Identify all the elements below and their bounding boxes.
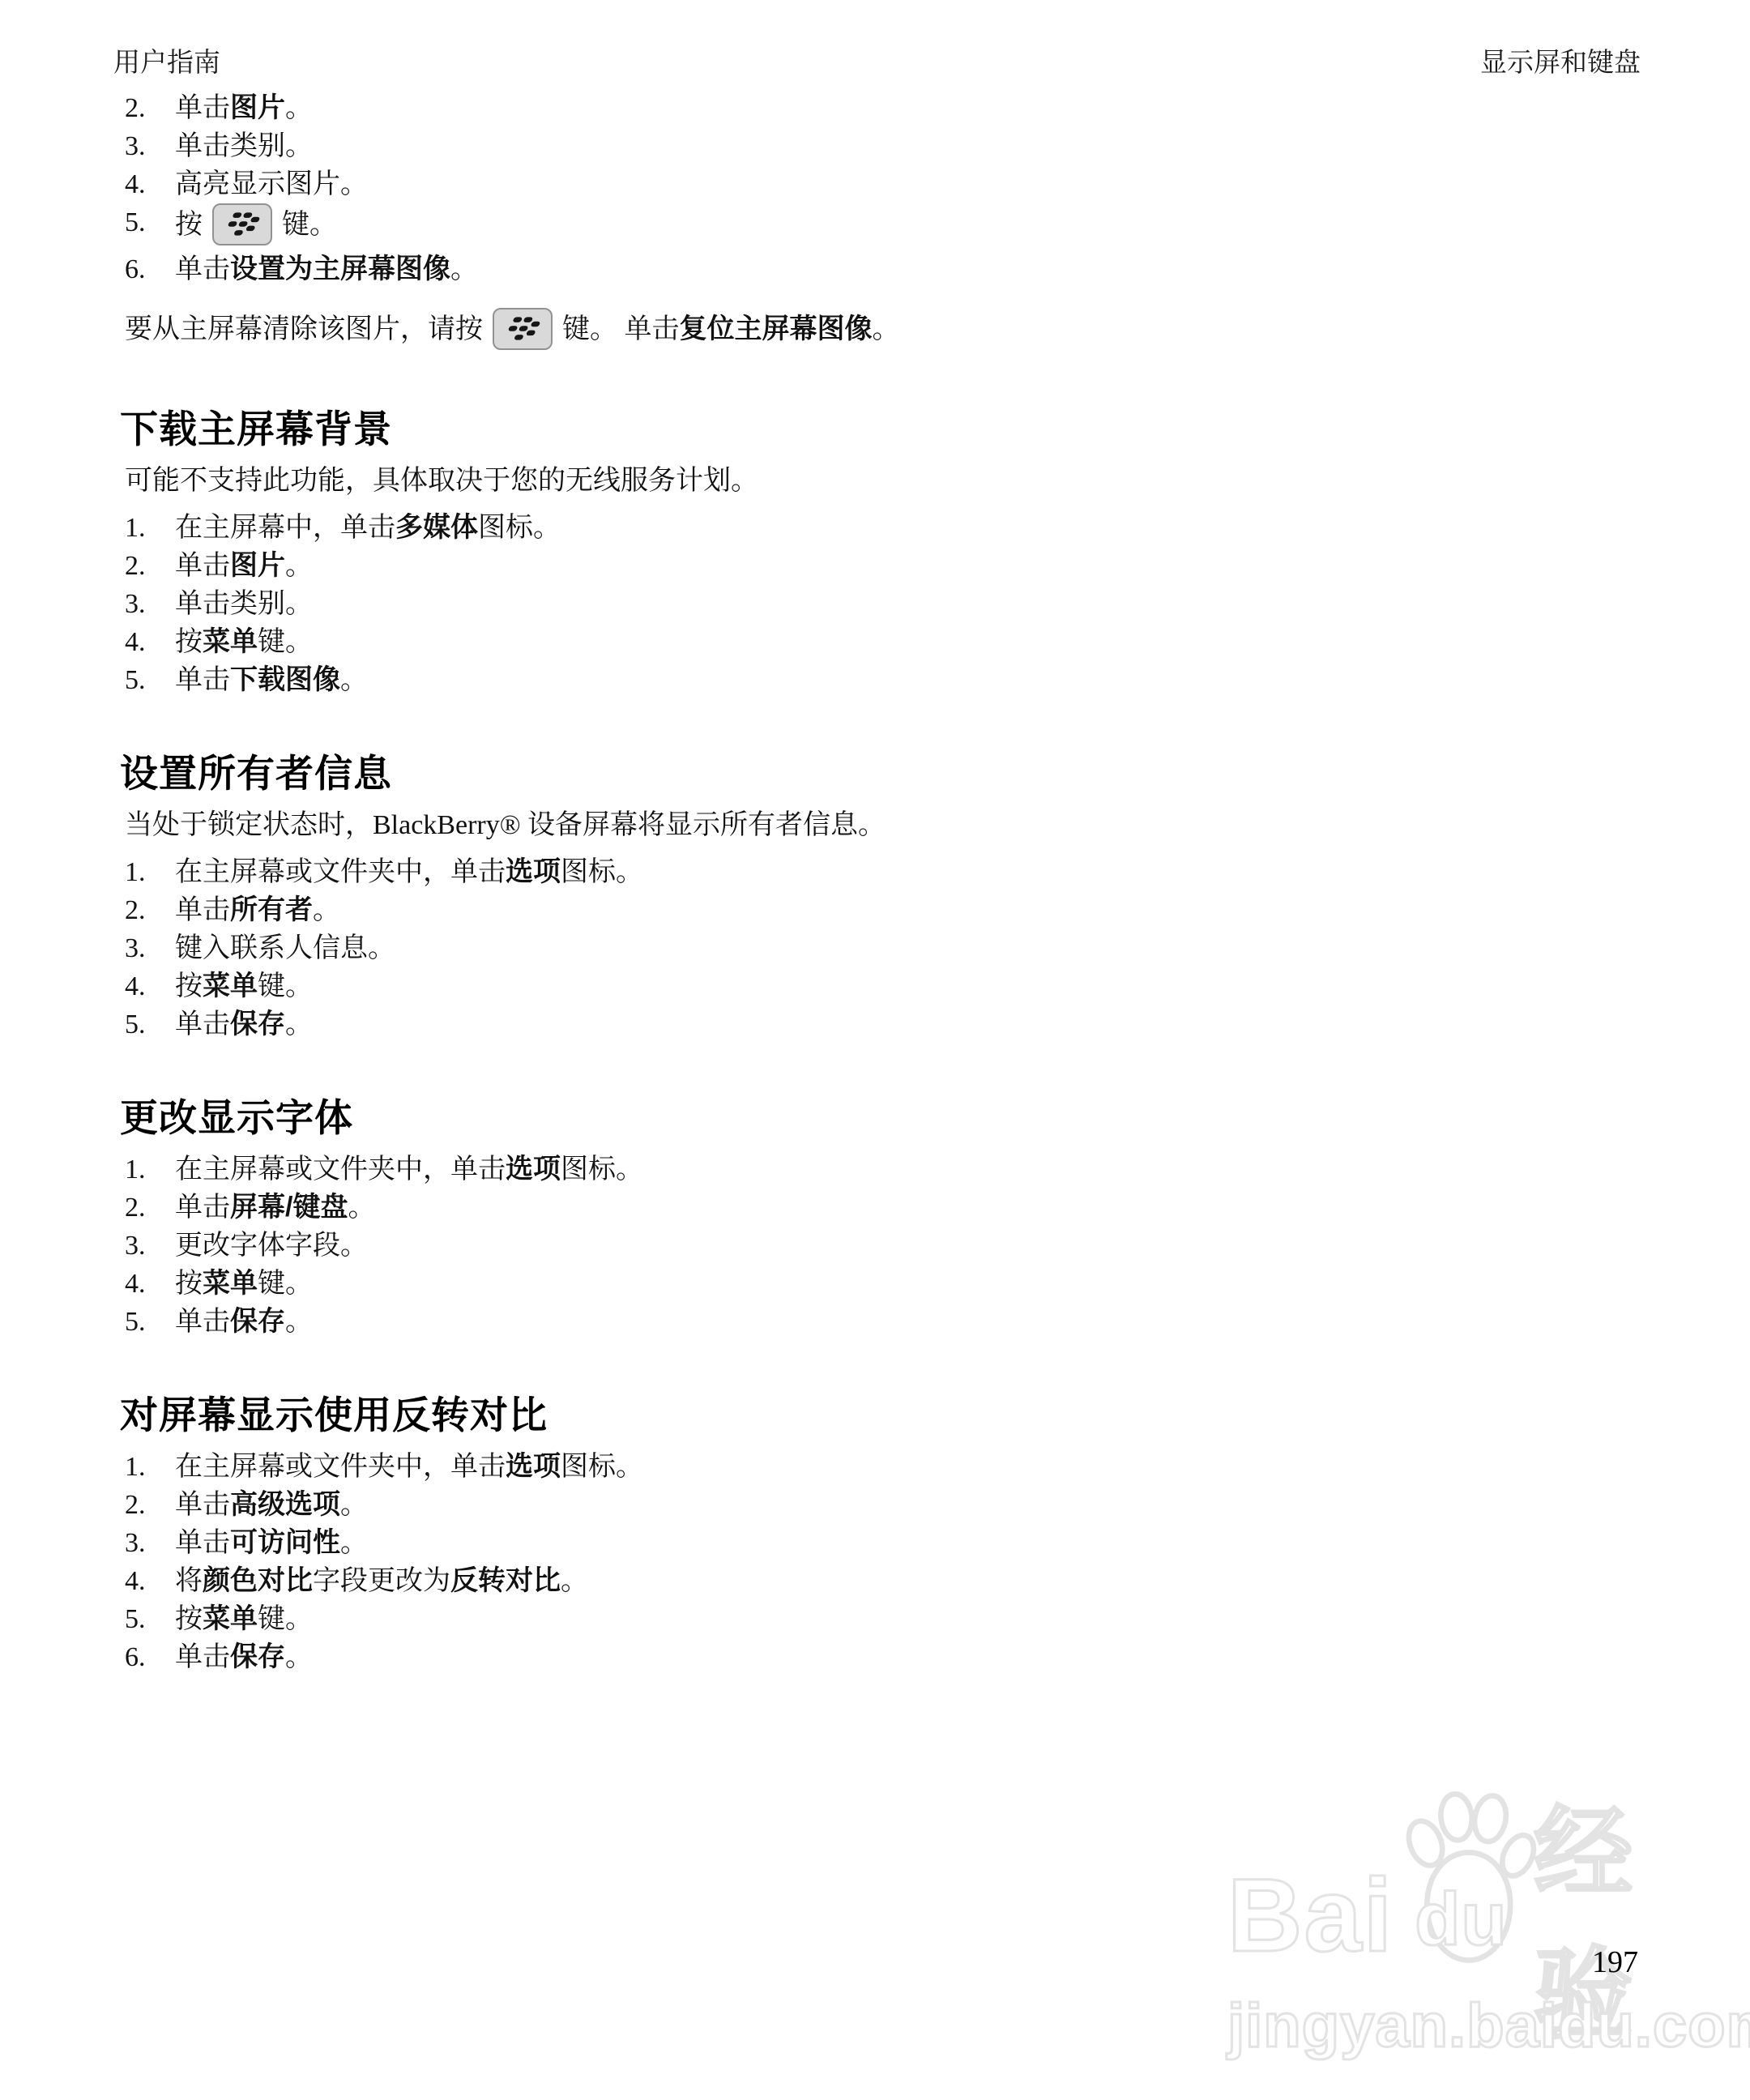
list-text: 单击图片。 [175,547,1641,585]
numbered-list: 1.在主屏幕或文件夹中，单击选项图标。2.单击所有者。3.键入联系人信息。4.按… [113,853,1641,1044]
bold-text: 下载图像 [230,664,340,695]
watermark-url: jingyan.baidu.com [1227,1991,1665,2061]
text-run: 在主屏幕中，单击 [175,513,395,543]
bold-text: 菜单 [203,1268,258,1299]
list-text: 单击图片。 [175,89,1641,127]
text-run: 单击 [175,1490,230,1520]
text-run: 键入联系人信息。 [175,933,395,963]
section-change-font: 更改显示字体 1.在主屏幕或文件夹中，单击选项图标。2.单击屏幕/键盘。3.更改… [113,1095,1641,1341]
section-title: 对屏幕显示使用反转对比 [120,1393,1641,1438]
text-run: 。 [873,314,900,344]
list-item: 6.单击设置为主屏幕图像。 [113,250,1641,288]
list-text: 按菜单键。 [175,967,1641,1005]
list-number: 6. [113,250,175,288]
page-header: 用户指南 显示屏和键盘 [0,0,1750,79]
list-text: 键入联系人信息。 [175,929,1641,967]
list-text: 单击保存。 [175,1303,1641,1341]
bold-text: 所有者 [230,894,313,925]
bold-text: 高级选项 [230,1489,340,1520]
bold-text: 选项 [506,1154,561,1184]
bold-text: 保存 [230,1009,285,1039]
text-run: 图标。 [561,1155,643,1184]
text-run: 要从主屏幕清除该图片，请按 [125,314,483,344]
list-item: 2.单击所有者。 [113,891,1641,929]
blackberry-key-icon [493,308,553,350]
list-number: 4. [113,165,175,203]
list-text: 在主屏幕或文件夹中，单击选项图标。 [175,1448,1641,1486]
list-text: 在主屏幕或文件夹中，单击选项图标。 [175,853,1641,891]
list-item: 1.在主屏幕或文件夹中，单击选项图标。 [113,853,1641,891]
list-item: 5.按菜单键。 [113,1600,1641,1638]
bold-text: 保存 [230,1641,285,1672]
list-text: 单击类别。 [175,585,1641,623]
bold-text: 菜单 [203,971,258,1001]
list-item: 4.高亮显示图片。 [113,165,1641,203]
list-text: 单击设置为主屏幕图像。 [175,250,1641,288]
bold-text: 屏幕/键盘 [230,1192,348,1223]
text-run: 按 [175,627,203,657]
list-number: 1. [113,853,175,891]
bold-text: 选项 [506,1451,561,1482]
text-run: 键。 单击 [562,314,680,344]
list-text: 单击保存。 [175,1638,1641,1676]
text-run: 单击 [175,1642,230,1672]
list-text: 单击类别。 [175,127,1641,165]
list-number: 5. [113,1600,175,1638]
list-number: 1. [113,1150,175,1189]
list-text: 按菜单键。 [175,1265,1641,1303]
header-right-title: 显示屏和键盘 [1480,47,1641,79]
section-download-background: 下载主屏幕背景 可能不支持此功能，具体取决于您的无线服务计划。 1.在主屏幕中，… [113,407,1641,699]
text-run: 。 [348,1193,375,1223]
blackberry-key-icon [212,203,272,245]
list-number: 3. [113,585,175,623]
list-number: 3. [113,1524,175,1562]
text-run: 按 [175,971,203,1001]
list-item: 5.单击保存。 [113,1005,1641,1044]
text-run: 图标。 [561,857,643,887]
text-run: 。 [313,895,340,925]
list-number: 4. [113,1265,175,1303]
text-run: 单击 [175,1009,230,1039]
list-item: 3.单击可访问性。 [113,1524,1641,1562]
text-run: 按 [175,1604,203,1634]
bold-text: 多媒体 [395,512,478,543]
list-text: 按菜单键。 [175,1600,1641,1638]
baidu-paw-icon: du [1395,1855,1503,1976]
text-run: 键。 [282,210,337,240]
list-number: 3. [113,929,175,967]
text-run: 。 [285,1307,313,1337]
text-run: 在主屏幕或文件夹中，单击 [175,857,506,887]
text-run: 键。 [258,627,313,657]
list-item: 3.单击类别。 [113,127,1641,165]
list-number: 4. [113,967,175,1005]
bold-text: 颜色对比 [203,1565,313,1596]
list-number: 2. [113,1189,175,1227]
text-run: 单击 [175,93,230,123]
list-item: 1.在主屏幕中，单击多媒体图标。 [113,509,1641,547]
list-item: 2.单击图片。 [113,547,1641,585]
list-number: 5. [113,203,175,250]
text-run: 。 [340,665,368,695]
numbered-list: 1.在主屏幕中，单击多媒体图标。2.单击图片。3.单击类别。4.按菜单键。5.单… [113,509,1641,699]
list-item: 3.单击类别。 [113,585,1641,623]
list-item: 3.键入联系人信息。 [113,929,1641,967]
list-text: 更改字体字段。 [175,1227,1641,1265]
list-text: 将颜色对比字段更改为反转对比。 [175,1562,1641,1600]
numbered-list: 1.在主屏幕或文件夹中，单击选项图标。2.单击高级选项。3.单击可访问性。4.将… [113,1448,1641,1676]
page-number: 197 [1592,1944,1638,1980]
list-text: 在主屏幕中，单击多媒体图标。 [175,509,1641,547]
watermark-text-du: du [1415,1877,1507,1962]
text-run: 高亮显示图片。 [175,169,368,199]
text-run: 按 [175,210,203,240]
text-run: 单击 [175,1528,230,1558]
text-run: 。 [561,1566,588,1596]
text-run: 按 [175,1269,203,1299]
numbered-list-set-home-image: 2.单击图片。3.单击类别。4.高亮显示图片。5.按键。6.单击设置为主屏幕图像… [113,89,1641,288]
list-text: 按键。 [175,203,1641,250]
list-item: 4.按菜单键。 [113,967,1641,1005]
bold-text: 菜单 [203,626,258,657]
list-number: 3. [113,127,175,165]
text-run: 键。 [258,1604,313,1634]
section-intro: 当处于锁定状态时，BlackBerry® 设备屏幕将显示所有者信息。 [125,808,1641,843]
list-number: 4. [113,623,175,661]
list-number: 1. [113,509,175,547]
list-number: 2. [113,547,175,585]
text-run: 单击 [175,1307,230,1337]
list-text: 单击屏幕/键盘。 [175,1189,1641,1227]
bold-text: 图片 [230,550,285,581]
list-item: 3.更改字体字段。 [113,1227,1641,1265]
text-run: 在主屏幕或文件夹中，单击 [175,1452,506,1482]
list-number: 5. [113,661,175,699]
bold-text: 反转对比 [450,1565,561,1596]
list-text: 按菜单键。 [175,623,1641,661]
list-number: 2. [113,1486,175,1524]
text-run: 单击 [175,551,230,581]
list-item: 1.在主屏幕或文件夹中，单击选项图标。 [113,1448,1641,1486]
list-item: 4.按菜单键。 [113,623,1641,661]
list-item: 4.将颜色对比字段更改为反转对比。 [113,1562,1641,1600]
list-number: 2. [113,891,175,929]
list-number: 5. [113,1303,175,1341]
text-run: 单击类别。 [175,131,313,161]
text-run: 单击 [175,895,230,925]
watermark-text-bai: Bai [1227,1856,1394,1975]
list-number: 2. [113,89,175,127]
section-owner-info: 设置所有者信息 当处于锁定状态时，BlackBerry® 设备屏幕将显示所有者信… [113,751,1641,1044]
text-run: 。 [285,551,313,581]
list-number: 4. [113,1562,175,1600]
text-run: 。 [340,1490,368,1520]
text-run: 。 [285,1009,313,1039]
list-item: 1.在主屏幕或文件夹中，单击选项图标。 [113,1150,1641,1189]
list-text: 高亮显示图片。 [175,165,1641,203]
text-run: 将 [175,1566,203,1596]
bold-text: 图片 [230,92,285,123]
header-left-title: 用户指南 [113,47,220,79]
bold-text: 复位主屏幕图像 [680,314,873,344]
text-run: 图标。 [561,1452,643,1482]
note-paragraph: 要从主屏幕清除该图片，请按键。 单击复位主屏幕图像。 [125,308,1641,355]
section-title: 更改显示字体 [120,1095,1641,1141]
list-number: 1. [113,1448,175,1486]
list-text: 单击下载图像。 [175,661,1641,699]
text-run: 在主屏幕或文件夹中，单击 [175,1155,506,1184]
bold-text: 设置为主屏幕图像 [230,254,450,284]
bold-text: 保存 [230,1306,285,1337]
section-title: 下载主屏幕背景 [120,407,1641,452]
text-run: 。 [450,254,478,284]
text-run: 更改字体字段。 [175,1231,368,1261]
document-page: 用户指南 显示屏和键盘 2.单击图片。3.单击类别。4.高亮显示图片。5.按键。… [0,0,1750,2100]
list-item: 5.单击下载图像。 [113,661,1641,699]
bold-text: 菜单 [203,1603,258,1634]
list-text: 单击高级选项。 [175,1486,1641,1524]
list-item: 6.单击保存。 [113,1638,1641,1676]
bold-text: 可访问性 [230,1527,340,1558]
list-item: 5.按键。 [113,203,1641,250]
text-run: 。 [340,1528,368,1558]
list-item: 2.单击高级选项。 [113,1486,1641,1524]
text-run: 图标。 [478,513,561,543]
text-run: 单击 [175,665,230,695]
list-text: 单击可访问性。 [175,1524,1641,1562]
list-item: 2.单击屏幕/键盘。 [113,1189,1641,1227]
list-number: 3. [113,1227,175,1265]
list-number: 6. [113,1638,175,1676]
list-text: 在主屏幕或文件夹中，单击选项图标。 [175,1150,1641,1189]
list-item: 4.按菜单键。 [113,1265,1641,1303]
section-intro: 可能不支持此功能，具体取决于您的无线服务计划。 [125,463,1641,499]
text-run: 。 [285,1642,313,1672]
list-text: 单击所有者。 [175,891,1641,929]
text-run: 键。 [258,971,313,1001]
list-item: 5.单击保存。 [113,1303,1641,1341]
page-content: 2.单击图片。3.单击类别。4.高亮显示图片。5.按键。6.单击设置为主屏幕图像… [0,89,1750,1676]
numbered-list: 1.在主屏幕或文件夹中，单击选项图标。2.单击屏幕/键盘。3.更改字体字段。4.… [113,1150,1641,1341]
section-reverse-contrast: 对屏幕显示使用反转对比 1.在主屏幕或文件夹中，单击选项图标。2.单击高级选项。… [113,1393,1641,1676]
list-text: 单击保存。 [175,1005,1641,1044]
list-item: 2.单击图片。 [113,89,1641,127]
text-run: 键。 [258,1269,313,1299]
text-run: 单击 [175,254,230,284]
section-title: 设置所有者信息 [120,751,1641,796]
list-number: 5. [113,1005,175,1044]
text-run: 单击 [175,1193,230,1223]
text-run: 单击类别。 [175,589,313,619]
text-run: 。 [285,93,313,123]
text-run: 字段更改为 [313,1566,450,1596]
bold-text: 选项 [506,856,561,887]
